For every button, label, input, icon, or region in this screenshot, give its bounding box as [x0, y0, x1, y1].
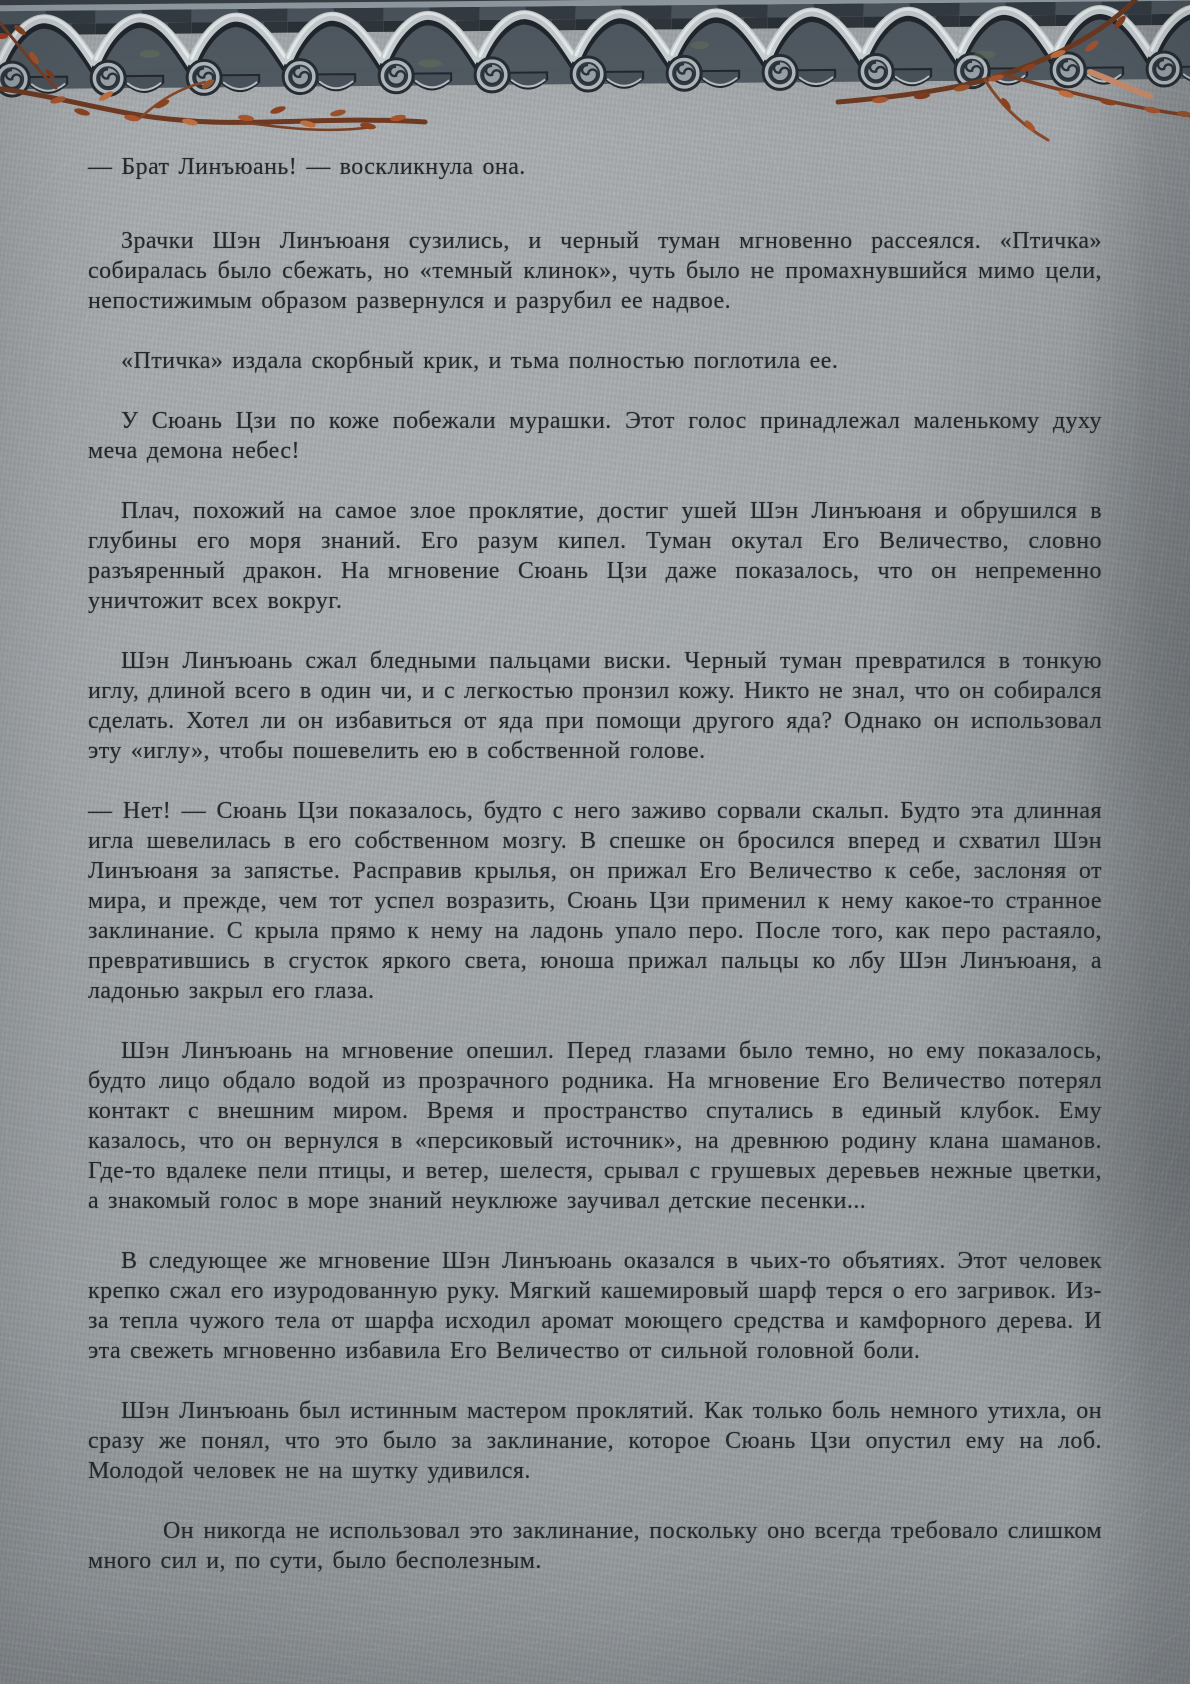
paragraph-10: Шэн Линъюань был истинным мастером прокл…	[88, 1396, 1102, 1486]
paragraph-2: Зрачки Шэн Линъюаня сузились, и черный т…	[88, 226, 1102, 316]
paragraph-5: Плач, похожий на самое злое проклятие, д…	[88, 496, 1102, 616]
roof-tile-row	[0, 0, 1190, 96]
paragraph-1: — Брат Линъюань! — воскликнула она.	[88, 152, 1102, 182]
roof-tile-border-image	[0, 0, 1190, 150]
paragraph-8: Шэн Линъюань на мгновение опешил. Перед …	[88, 1036, 1102, 1216]
paragraph-11: Он никогда не использовал это заклинание…	[88, 1516, 1102, 1576]
paragraph-9: В следующее же мгновение Шэн Линъюань ок…	[88, 1246, 1102, 1366]
paragraph-7: — Нет! — Сюань Цзи показалось, будто с н…	[88, 796, 1102, 1006]
paragraph-6: Шэн Линъюань сжал бледными пальцами виск…	[88, 646, 1102, 766]
book-page: { "page": { "kind": "scanned book page",…	[0, 0, 1190, 1684]
paragraph-3: «Птичка» издала скорбный крик, и тьма по…	[88, 346, 1102, 376]
paragraph-4: У Сюань Цзи по коже побежали мурашки. Эт…	[88, 406, 1102, 466]
page-text-block: — Брат Линъюань! — воскликнула она. Зрач…	[88, 152, 1102, 1606]
